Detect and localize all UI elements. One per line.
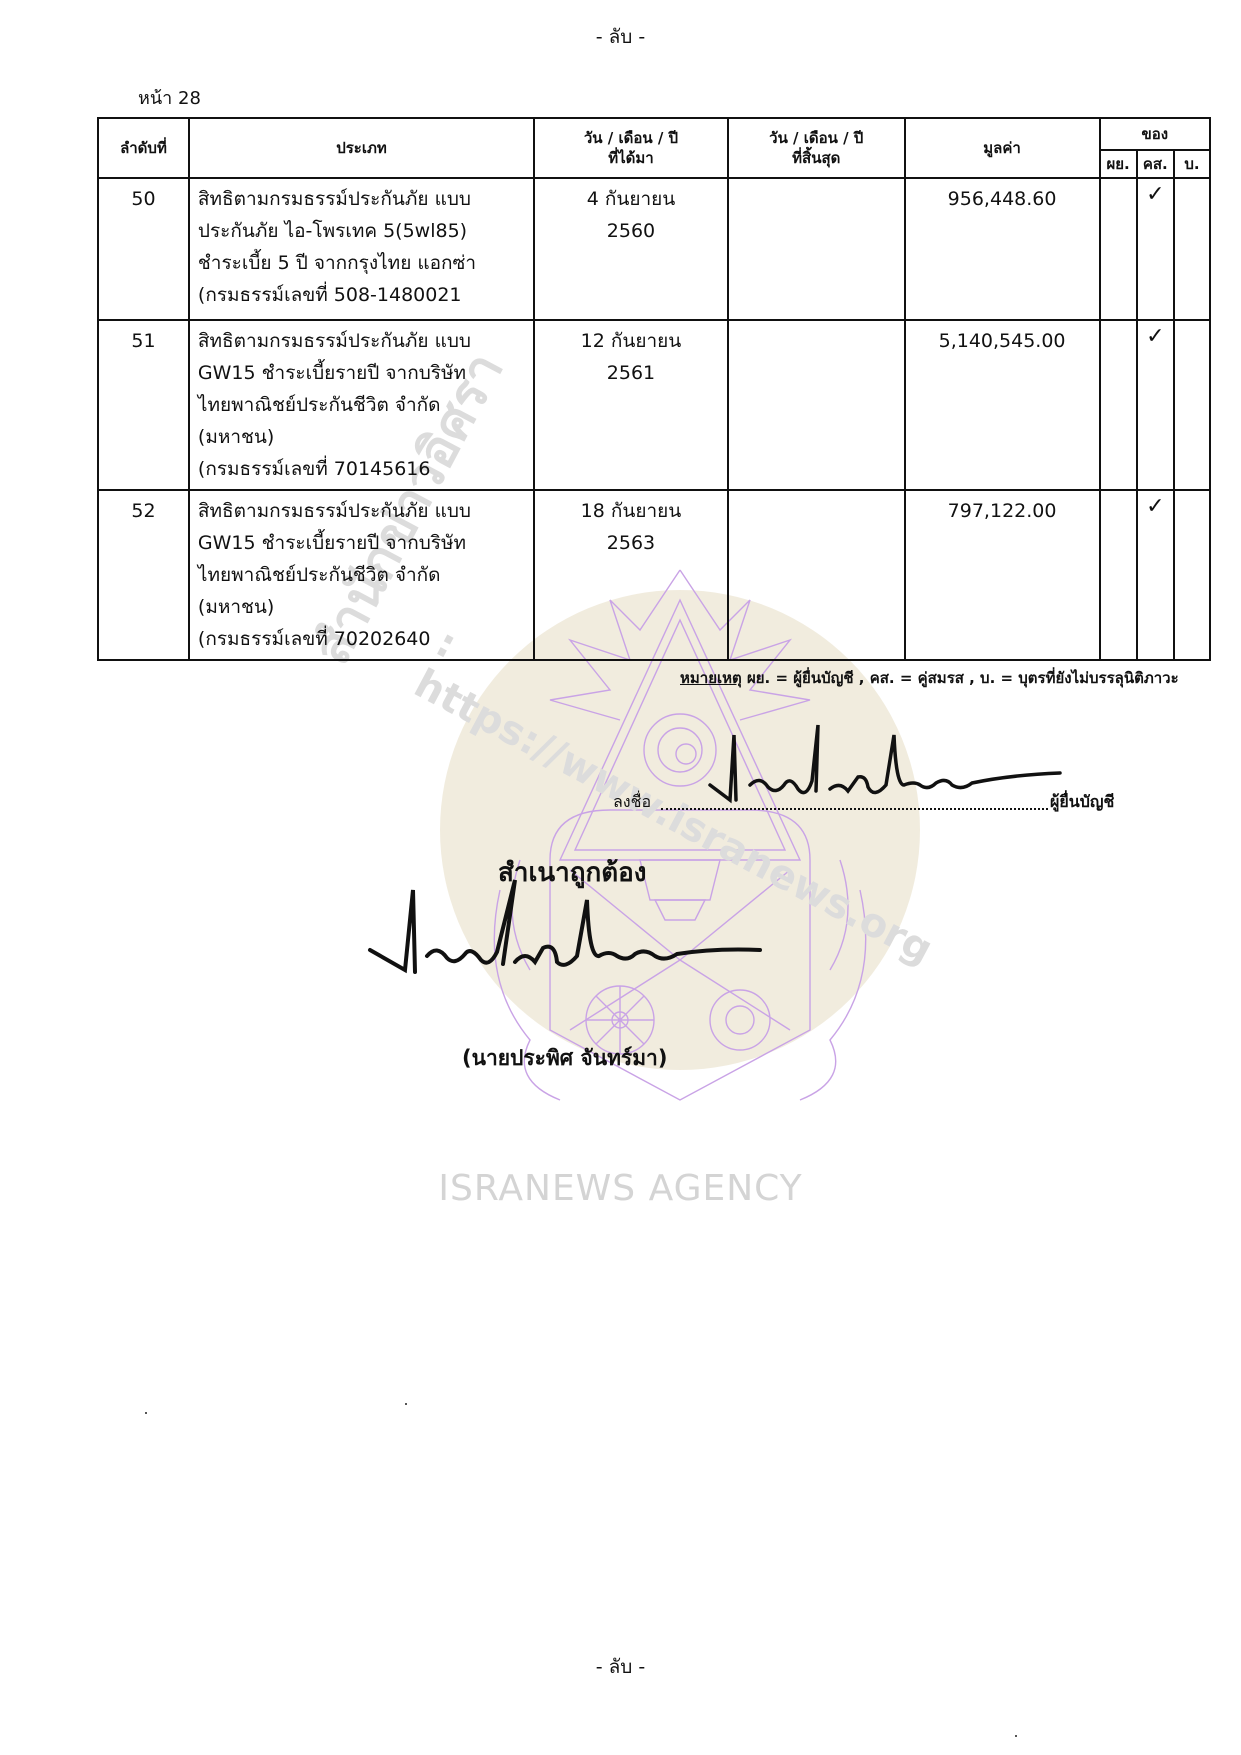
row-acquired-line: 18 กันยายน: [543, 495, 719, 527]
row-type-line: GW15 ชำระเบี้ยรายปี จากบริษัท: [198, 527, 525, 559]
legend-note-title: หมายเหตุ: [680, 669, 742, 687]
row-type: สิทธิตามกรมธรรม์ประกันภัย แบบประกันภัย ไ…: [189, 178, 534, 320]
legend-note-text: ผย. = ผู้ยื่นบัญชี , คส. = คู่สมรส , บ. …: [742, 669, 1179, 687]
table-header-row: ลำดับที่ ประเภท วัน / เดือน / ปี ที่ได้ม…: [98, 118, 1210, 150]
row-type: สิทธิตามกรมธรรม์ประกันภัย แบบGW15 ชำระเบ…: [189, 320, 534, 490]
row-type-line: (กรมธรรม์เลขที่ 508-1480021: [198, 279, 525, 311]
row-ended-date: [728, 178, 905, 320]
row-type-line: ไทยพาณิชย์ประกันชีวิต จำกัด: [198, 559, 525, 591]
header-type: ประเภท: [189, 118, 534, 178]
row-number: 50: [98, 178, 189, 320]
row-type-line: (กรมธรรม์เลขที่ 70145616: [198, 453, 525, 485]
signature-dotted-line: [661, 808, 1048, 810]
assets-table: ลำดับที่ ประเภท วัน / เดือน / ปี ที่ได้ม…: [97, 117, 1211, 661]
page-number: หน้า 28: [138, 83, 201, 112]
row-owner-spouse-check: ✓: [1137, 490, 1174, 660]
classification-bottom: - ลับ -: [0, 1652, 1241, 1682]
row-owner-filer: [1100, 178, 1137, 320]
row-owner-spouse-check: ✓: [1137, 320, 1174, 490]
row-acquired-line: 4 กันยายน: [543, 183, 719, 215]
row-type-line: ประกันภัย ไอ-โพรเทค 5(5wl85): [198, 215, 525, 247]
row-type: สิทธิตามกรมธรรม์ประกันภัย แบบGW15 ชำระเบ…: [189, 490, 534, 660]
header-ended-line2: ที่สิ้นสุด: [792, 149, 840, 167]
legend-note: หมายเหตุ ผย. = ผู้ยื่นบัญชี , คส. = คู่ส…: [680, 666, 1179, 690]
row-type-line: (มหาชน): [198, 421, 525, 453]
sign-role: ผู้ยื่นบัญชี: [1050, 790, 1114, 815]
row-acquired-line: 12 กันยายน: [543, 325, 719, 357]
row-owner-child: [1174, 490, 1210, 660]
table-row: 51สิทธิตามกรมธรรม์ประกันภัย แบบGW15 ชำระ…: [98, 320, 1210, 490]
row-owner-filer: [1100, 320, 1137, 490]
header-value: มูลค่า: [905, 118, 1100, 178]
header-owner-child: บ.: [1174, 150, 1210, 178]
header-owner-filer: ผย.: [1100, 150, 1137, 178]
header-no: ลำดับที่: [98, 118, 189, 178]
table-row: 50สิทธิตามกรมธรรม์ประกันภัย แบบประกันภัย…: [98, 178, 1210, 320]
row-acquired-date: 12 กันยายน2561: [534, 320, 728, 490]
row-type-line: (กรมธรรม์เลขที่ 70202640: [198, 623, 525, 655]
classification-top: - ลับ -: [0, 22, 1241, 52]
row-value: 797,122.00: [905, 490, 1100, 660]
watermark-agency: ISRANEWS AGENCY: [0, 1168, 1241, 1209]
signer-name: (นายประพิศ จันทร์มา): [462, 1042, 667, 1075]
row-number: 52: [98, 490, 189, 660]
row-owner-spouse-check: ✓: [1137, 178, 1174, 320]
sign-label: ลงชื่อ: [613, 790, 651, 815]
scan-speck: [1015, 1735, 1017, 1737]
row-value: 956,448.60: [905, 178, 1100, 320]
row-type-line: ไทยพาณิชย์ประกันชีวิต จำกัด: [198, 389, 525, 421]
row-value: 5,140,545.00: [905, 320, 1100, 490]
scan-speck: [145, 1412, 147, 1414]
table-row: 52สิทธิตามกรมธรรม์ประกันภัย แบบGW15 ชำระ…: [98, 490, 1210, 660]
header-ended: วัน / เดือน / ปี ที่สิ้นสุด: [728, 118, 905, 178]
row-type-line: สิทธิตามกรมธรรม์ประกันภัย แบบ: [198, 325, 525, 357]
row-acquired-line: 2560: [543, 215, 719, 247]
row-owner-filer: [1100, 490, 1137, 660]
header-ended-line1: วัน / เดือน / ปี: [769, 129, 863, 147]
row-acquired-line: 2561: [543, 357, 719, 389]
certifier-signature: [365, 870, 765, 990]
row-type-line: GW15 ชำระเบี้ยรายปี จากบริษัท: [198, 357, 525, 389]
row-number: 51: [98, 320, 189, 490]
row-owner-child: [1174, 320, 1210, 490]
header-acquired: วัน / เดือน / ปี ที่ได้มา: [534, 118, 728, 178]
row-type-line: (มหาชน): [198, 591, 525, 623]
row-acquired-line: 2563: [543, 527, 719, 559]
header-owner-spouse: คส.: [1137, 150, 1174, 178]
row-owner-child: [1174, 178, 1210, 320]
header-acquired-line2: ที่ได้มา: [608, 149, 653, 167]
row-ended-date: [728, 490, 905, 660]
row-type-line: ชำระเบี้ย 5 ปี จากกรุงไทย แอกซ่า: [198, 247, 525, 279]
scan-speck: [405, 1403, 407, 1405]
row-ended-date: [728, 320, 905, 490]
header-owner-group: ของ: [1100, 118, 1210, 150]
row-acquired-date: 18 กันยายน2563: [534, 490, 728, 660]
row-acquired-date: 4 กันยายน2560: [534, 178, 728, 320]
row-type-line: สิทธิตามกรมธรรม์ประกันภัย แบบ: [198, 183, 525, 215]
header-acquired-line1: วัน / เดือน / ปี: [584, 129, 678, 147]
filer-signature: [690, 715, 1070, 815]
row-type-line: สิทธิตามกรมธรรม์ประกันภัย แบบ: [198, 495, 525, 527]
